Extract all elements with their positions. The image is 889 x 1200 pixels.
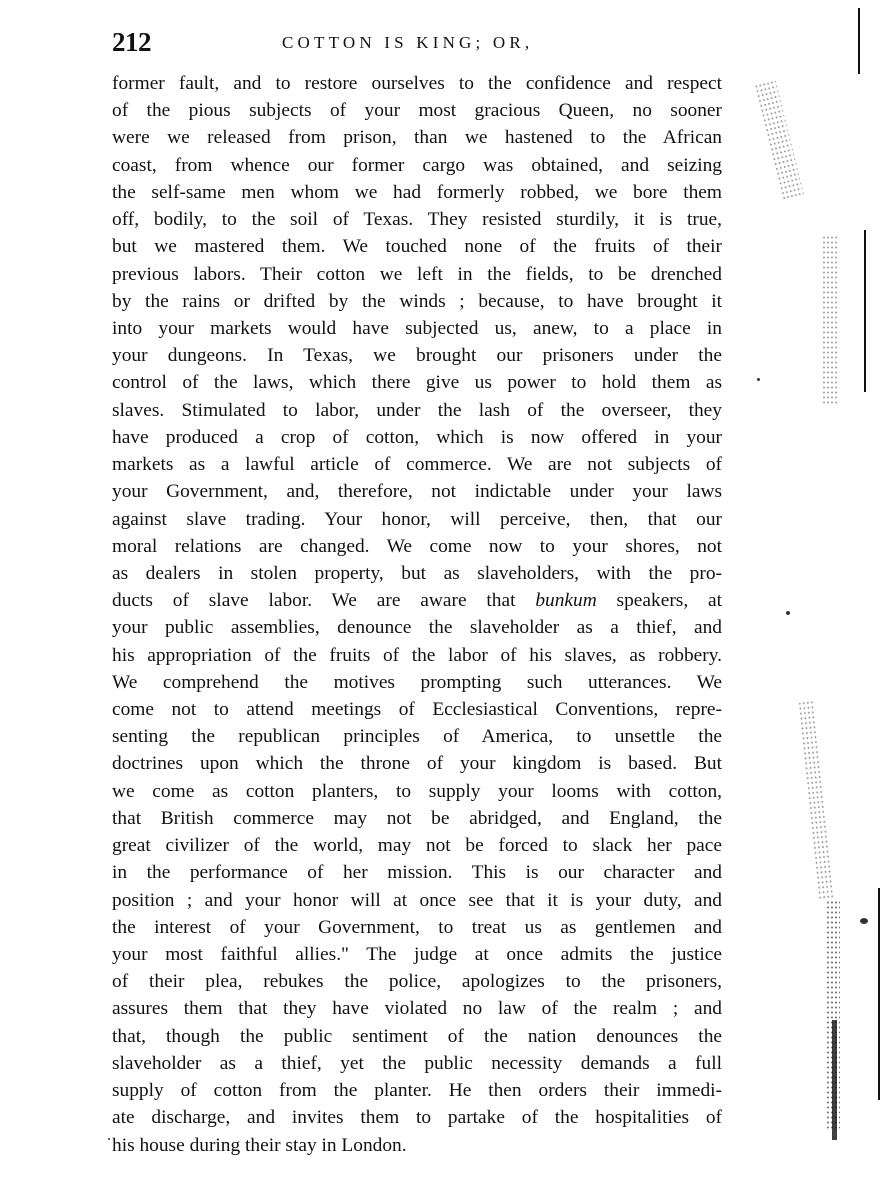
text-line: his appropriation of the fruits of the l… [112,642,722,669]
text-line: of the pious subjects of your most graci… [112,97,722,124]
text-line: your Government, and, therefore, not ind… [112,478,722,505]
text-line: markets as a lawful article of commerce.… [112,451,722,478]
scan-edge-line [864,230,866,392]
scan-blot [786,611,790,615]
text-line: were we released from prison, than we ha… [112,124,722,151]
running-title: COTTON IS KING; OR, [282,29,533,57]
italic-word: bunkum [535,590,596,611]
text-line: slaveholder as a thief, yet the public n… [112,1050,722,1077]
body-text: former fault, and to restore ourselves t… [112,70,722,1159]
scan-blot [108,1138,110,1140]
text-line: in the performance of her mission. This … [112,859,722,886]
text-line: previous labors. Their cotton we left in… [112,261,722,288]
text-line: have produced a crop of cotton, which is… [112,424,722,451]
text-line: into your markets would have subjected u… [112,315,722,342]
book-page: 212 COTTON IS KING; OR, former fault, an… [0,0,889,1200]
text-line: your dungeons. In Texas, we brought our … [112,342,722,369]
text-line: your most faithful allies." The judge at… [112,941,722,968]
text-line: the interest of your Government, to trea… [112,914,722,941]
line-text: speakers, at [597,590,722,611]
text-line: position ; and your honor will at once s… [112,887,722,914]
scan-edge-line [832,1020,837,1140]
page-number: 212 [112,26,151,58]
text-line: slaves. Stimulated to labor, under the l… [112,397,722,424]
text-line: off, bodily, to the soil of Texas. They … [112,206,722,233]
running-head: 212 COTTON IS KING; OR, [112,26,724,58]
text-line: We comprehend the motives prompting such… [112,669,722,696]
scan-noise [754,79,804,201]
scan-edge-line [858,8,860,74]
text-line: great civilizer of the world, may not be… [112,832,722,859]
text-line: come not to attend meetings of Ecclesias… [112,696,722,723]
scan-noise [798,700,835,901]
text-line: of their plea, rebukes the police, apolo… [112,968,722,995]
text-line: moral relations are changed. We come now… [112,533,722,560]
text-line: as dealers in stolen property, but as sl… [112,560,722,587]
text-line: ducts of slave labor. We are aware that … [112,587,722,614]
scan-noise [822,235,838,405]
text-line: by the rains or drifted by the winds ; b… [112,288,722,315]
text-line: that, though the public sentiment of the… [112,1023,722,1050]
text-line: your public assemblies, denounce the sla… [112,614,722,641]
line-text: ducts of slave labor. We are aware that [112,590,535,611]
text-line: assures them that they have violated no … [112,995,722,1022]
scan-blot [757,378,760,381]
text-line: we come as cotton planters, to supply yo… [112,778,722,805]
text-line: senting the republican principles of Ame… [112,723,722,750]
text-line: but we mastered them. We touched none of… [112,233,722,260]
text-line: the self-same men whom we had formerly r… [112,179,722,206]
scan-edge-line [878,888,880,1100]
text-line: supply of cotton from the planter. He th… [112,1077,722,1104]
text-line: that British commerce may not be abridge… [112,805,722,832]
text-line: ate discharge, and invites them to parta… [112,1104,722,1131]
text-line: his house during their stay in London. [112,1132,722,1159]
scan-blot [860,918,868,924]
text-line: former fault, and to restore ourselves t… [112,70,722,97]
text-line: doctrines upon which the throne of your … [112,750,722,777]
text-line: against slave trading. Your honor, will … [112,506,722,533]
text-line: control of the laws, which there give us… [112,369,722,396]
text-line: coast, from whence our former cargo was … [112,152,722,179]
